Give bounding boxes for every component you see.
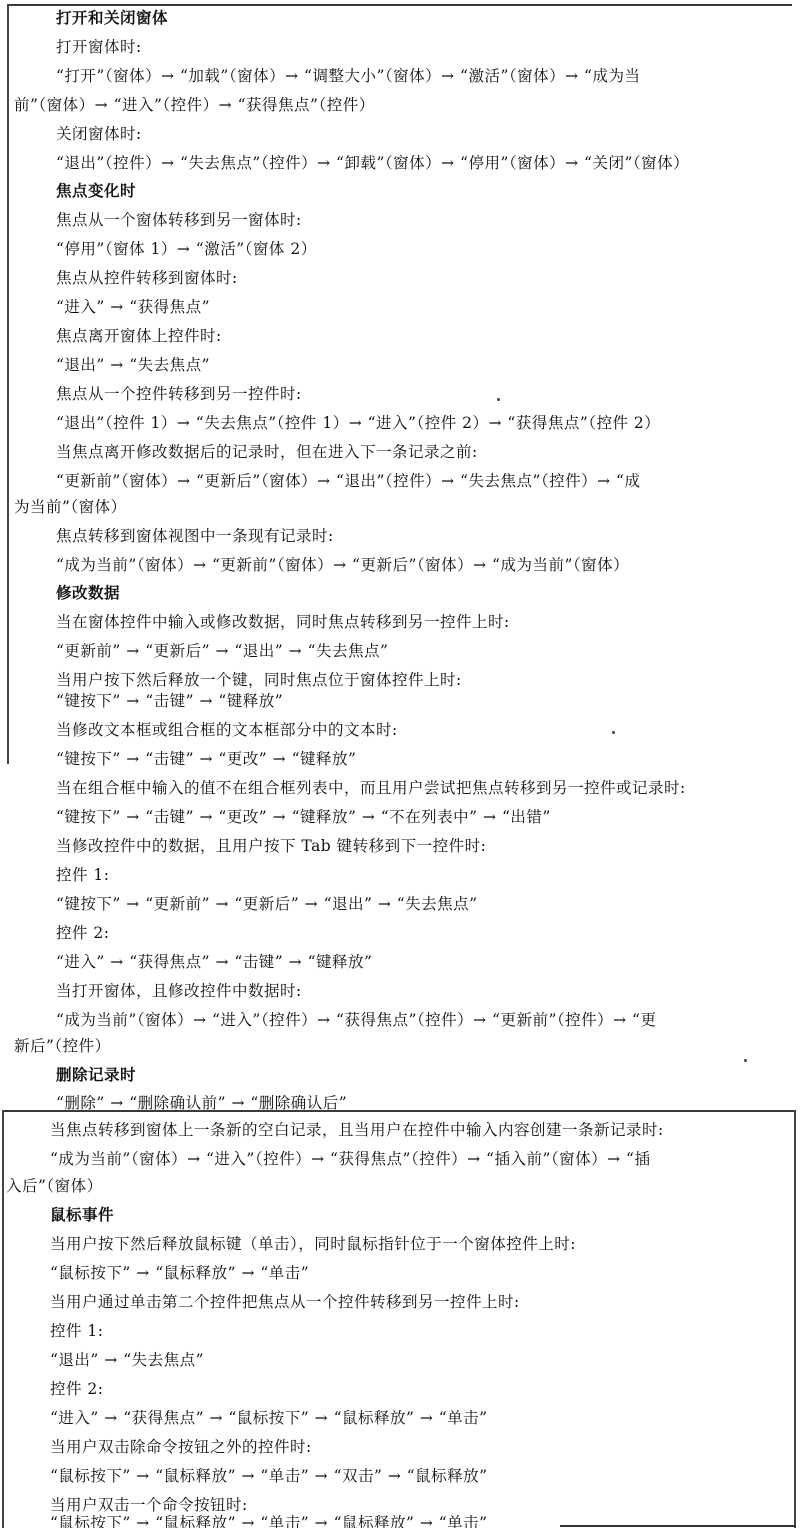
text-line: 当用户双击除命令按钮之外的控件时: [0,1437,801,1457]
text-line: 焦点转移到窗体视图中一条现有记录时: [0,526,801,546]
text-line: 当在窗体控件中输入或修改数据，同时焦点转移到另一控件上时: [0,612,801,632]
section-heading-mouse-events: 鼠标事件 [0,1205,801,1225]
event-sequence-line: “成为当前”（窗体）→ “更新前”（窗体）→ “更新后”（窗体）→ “成为当前”… [0,555,801,575]
event-sequence-line: “进入” → “获得焦点” [0,297,801,317]
text-line: 当打开窗体，且修改控件中数据时: [0,981,801,1001]
event-sequence-continuation: 前”（窗体）→ “进入”（控件）→ “获得焦点”（控件） [0,95,801,115]
text-line: 焦点从控件转移到窗体时: [0,268,801,288]
text-line: 当在组合框中输入的值不在组合框列表中，而且用户尝试把焦点转移到另一控件或记录时: [0,778,801,798]
text-line: 控件 1: [0,1321,801,1341]
scan-speck [744,1059,747,1062]
event-sequence-line: “退出”（控件 1）→ “失去焦点”（控件 1）→ “进入”（控件 2）→ “获… [0,413,801,433]
event-sequence-line: “键按下” → “更新前” → “更新后” → “退出” → “失去焦点” [0,894,801,914]
event-sequence-line: “退出” → “失去焦点” [0,1350,801,1370]
event-sequence-line: “退出”（控件）→ “失去焦点”（控件）→ “卸载”（窗体）→ “停用”（窗体）… [0,153,801,173]
text-line: 焦点离开窗体上控件时: [0,326,801,346]
event-sequence-line: “删除” → “删除确认前” → “删除确认后” [0,1093,801,1113]
event-sequence-line: “打开”（窗体）→ “加载”（窗体）→ “调整大小”（窗体）→ “激活”（窗体）… [0,66,801,86]
event-sequence-line: “键按下” → “击键” → “更改” → “键释放” → “不在列表中” → … [0,807,801,827]
event-sequence-line: “更新前” → “更新后” → “退出” → “失去焦点” [0,641,801,661]
text-line: 当用户按下然后释放鼠标键（单击），同时鼠标指针位于一个窗体控件上时: [0,1234,801,1254]
section-heading-modify-data: 修改数据 [0,583,801,603]
event-sequence-line: “进入” → “获得焦点” → “击键” → “键释放” [0,952,801,972]
event-sequence-line: “进入” → “获得焦点” → “鼠标按下” → “鼠标释放” → “单击” [0,1408,801,1428]
section-heading-focus-change: 焦点变化时 [0,181,801,201]
event-sequence-continuation: 为当前”（窗体） [0,497,801,517]
event-sequence-continuation: 入后”（窗体） [0,1176,801,1196]
scan-speck [612,731,615,734]
event-sequence-line: “鼠标按下” → “鼠标释放” → “单击” [0,1263,801,1283]
event-sequence-line: “成为当前”（窗体）→ “进入”（控件）→ “获得焦点”（控件）→ “插入前”（… [0,1149,801,1169]
text-line: 焦点从一个控件转移到另一控件时: [0,384,801,404]
event-sequence-line: “鼠标按下” → “鼠标释放” → “单击” → “双击” → “鼠标释放” [0,1466,801,1486]
text-line: 打开窗体时: [0,37,801,57]
event-sequence-line: “退出” → “失去焦点” [0,355,801,375]
text-line: 当焦点离开修改数据后的记录时，但在进入下一条记录之前: [0,442,801,462]
text-line: 当修改控件中的数据，且用户按下 Tab 键转移到下一控件时: [0,836,801,856]
text-line: 关闭窗体时: [0,124,801,144]
event-sequence-continuation: 新后”（控件） [0,1036,801,1056]
text-line: 当修改文本框或组合框的文本框部分中的文本时: [0,720,801,740]
text-line: 当焦点转移到窗体上一条新的空白记录，且当用户在控件中输入内容创建一条新记录时: [0,1120,801,1140]
section-heading-delete-record: 删除记录时 [0,1065,801,1085]
event-sequence-line: “键按下” → “击键” → “更改” → “键释放” [0,749,801,769]
scanned-document-page: 打开和关闭窗体 打开窗体时: “打开”（窗体）→ “加载”（窗体）→ “调整大小… [0,0,801,1528]
text-line: 控件 1: [0,865,801,885]
text-line: 控件 2: [0,923,801,943]
text-line: 控件 2: [0,1379,801,1399]
event-sequence-line: “更新前”（窗体）→ “更新后”（窗体）→ “退出”（控件）→ “失去焦点”（控… [0,471,801,491]
event-sequence-line: “停用”（窗体 1）→ “激活”（窗体 2） [0,239,801,259]
box1-top-border [7,4,792,6]
text-line: 当用户双击一个命令按钮时: [0,1495,801,1515]
event-sequence-line: “成为当前”（窗体）→ “进入”（控件）→ “获得焦点”（控件）→ “更新前”（… [0,1010,801,1030]
text-line: 当用户通过单击第二个控件把焦点从一个控件转移到另一控件上时: [0,1292,801,1312]
scan-speck [497,398,500,401]
text-line: 当用户按下然后释放一个键，同时焦点位于窗体控件上时: [0,670,801,690]
section-heading-open-close-form: 打开和关闭窗体 [0,8,801,28]
event-sequence-line: “键按下” → “击键” → “键释放” [0,691,801,711]
event-sequence-line: “鼠标按下” → “鼠标释放” → “单击” → “鼠标释放” → “单击” [0,1513,801,1528]
text-line: 焦点从一个窗体转移到另一窗体时: [0,210,801,230]
